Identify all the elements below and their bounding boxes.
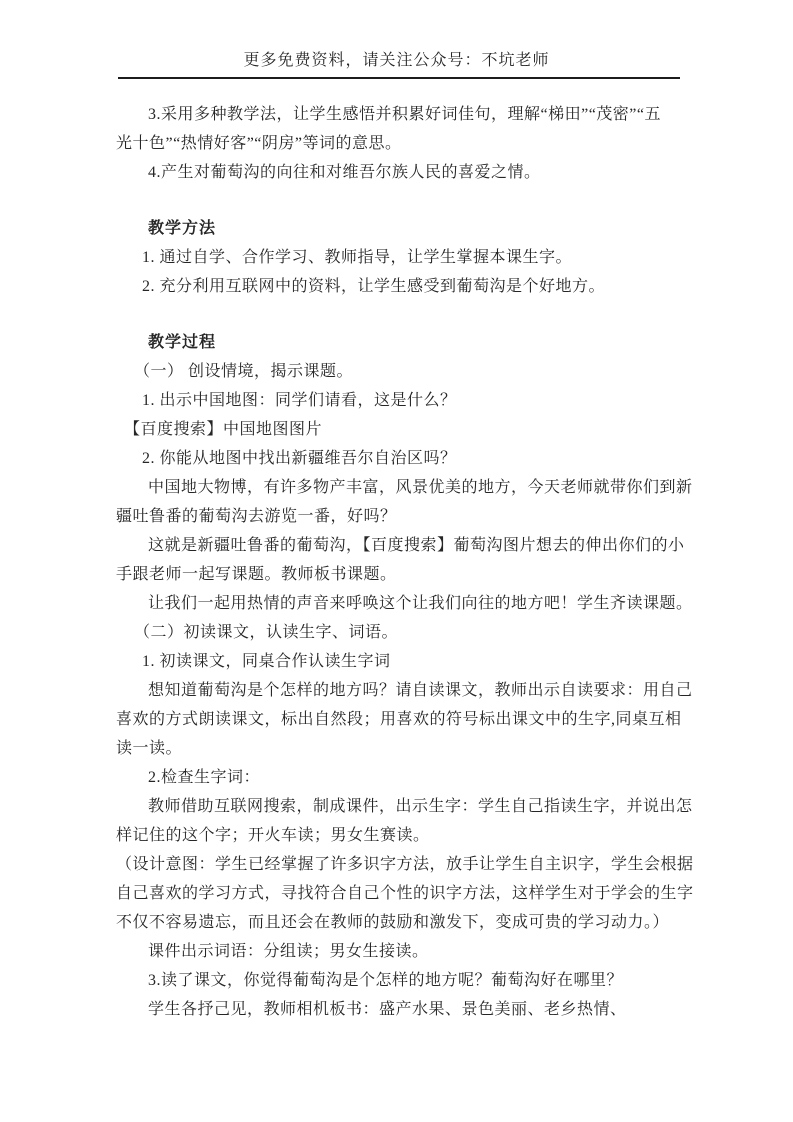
document-line: 1. 通过自学、合作学习、教师指导，让学生掌握本课生字。 (116, 243, 688, 272)
document-line: 教师借助互联网搜索，制成课件，出示生字：学生自己指读生字，并说出怎 (116, 792, 688, 821)
blank-line (116, 187, 688, 214)
document-line: 1. 出示中国地图：同学们请看，这是什么？ (116, 386, 688, 415)
document-line: 这就是新疆吐鲁番的葡萄沟，【百度搜索】葡萄沟图片想去的伸出你们的小 (116, 531, 688, 560)
document-line: （设计意图：学生已经掌握了许多识字方法，放手让学生自主识字，学生会根据 (116, 850, 688, 879)
document-line: 中国地大物博，有许多物产丰富，风景优美的地方，今天老师就带你们到新 (116, 473, 688, 502)
document-line: （二）初读课文，认读生字、词语。 (116, 618, 688, 647)
document-line: 想知道葡萄沟是个怎样的地方吗？请自读课文，教师出示自读要求：用自己 (116, 676, 688, 705)
document-line: 不仅不容易遗忘，而且还会在教师的鼓励和激发下，变成可贵的学习动力。） (116, 908, 688, 937)
document-line: 手跟老师一起写课题。教师板书课题。 (116, 560, 688, 589)
document-line: 3.采用多种教学法，让学生感悟并积累好词佳句，理解“梯田”“茂密”“五 (116, 100, 688, 129)
document-line: 学生各抒己见，教师相机板书：盛产水果、景色美丽、老乡热情、 (116, 995, 688, 1024)
document-line: 2. 你能从地图中找出新疆维吾尔自治区吗？ (116, 444, 688, 473)
document-line: 读一读。 (116, 734, 688, 763)
blank-line (116, 301, 688, 328)
document-line: 自己喜欢的学习方式，寻找符合自己个性的识字方法，这样学生对于学会的生字 (116, 879, 688, 908)
document-line: 喜欢的方式朗读课文，标出自然段；用喜欢的符号标出课文中的生字,同桌互相 (116, 705, 688, 734)
header-note: 更多免费资料，请关注公众号：不坑老师 (0, 50, 793, 72)
document-body: 3.采用多种教学法，让学生感悟并积累好词佳句，理解“梯田”“茂密”“五光十色”“… (116, 100, 688, 1024)
document-line: 疆吐鲁番的葡萄沟去游览一番，好吗？ (116, 502, 688, 531)
document-line: 3.读了课文，你觉得葡萄沟是个怎样的地方呢？葡萄沟好在哪里？ (116, 966, 688, 995)
header-divider (118, 77, 680, 79)
document-line: 2.检查生字词： (116, 763, 688, 792)
document-line: 1. 初读课文，同桌合作认读生字词 (116, 647, 688, 676)
document-line: 教学方法 (116, 214, 688, 243)
document-line: 光十色”“热情好客”“阴房”等词的意思。 (116, 129, 688, 158)
document-line: 2. 充分利用互联网中的资料，让学生感受到葡萄沟是个好地方。 (116, 272, 688, 301)
document-line: 样记住的这个字；开火车读；男女生赛读。 (116, 821, 688, 850)
document-line: 【百度搜索】中国地图图片 (116, 415, 688, 444)
document-line: 教学过程 (116, 328, 688, 357)
document-page: 更多免费资料，请关注公众号：不坑老师 3.采用多种教学法，让学生感悟并积累好词佳… (0, 0, 793, 1122)
document-line: 课件出示词语：分组读；男女生接读。 (116, 937, 688, 966)
document-line: 让我们一起用热情的声音来呼唤这个让我们向往的地方吧！学生齐读课题。 (116, 589, 688, 618)
document-line: （一） 创设情境，揭示课题。 (116, 357, 688, 386)
document-line: 4.产生对葡萄沟的向往和对维吾尔族人民的喜爱之情。 (116, 158, 688, 187)
